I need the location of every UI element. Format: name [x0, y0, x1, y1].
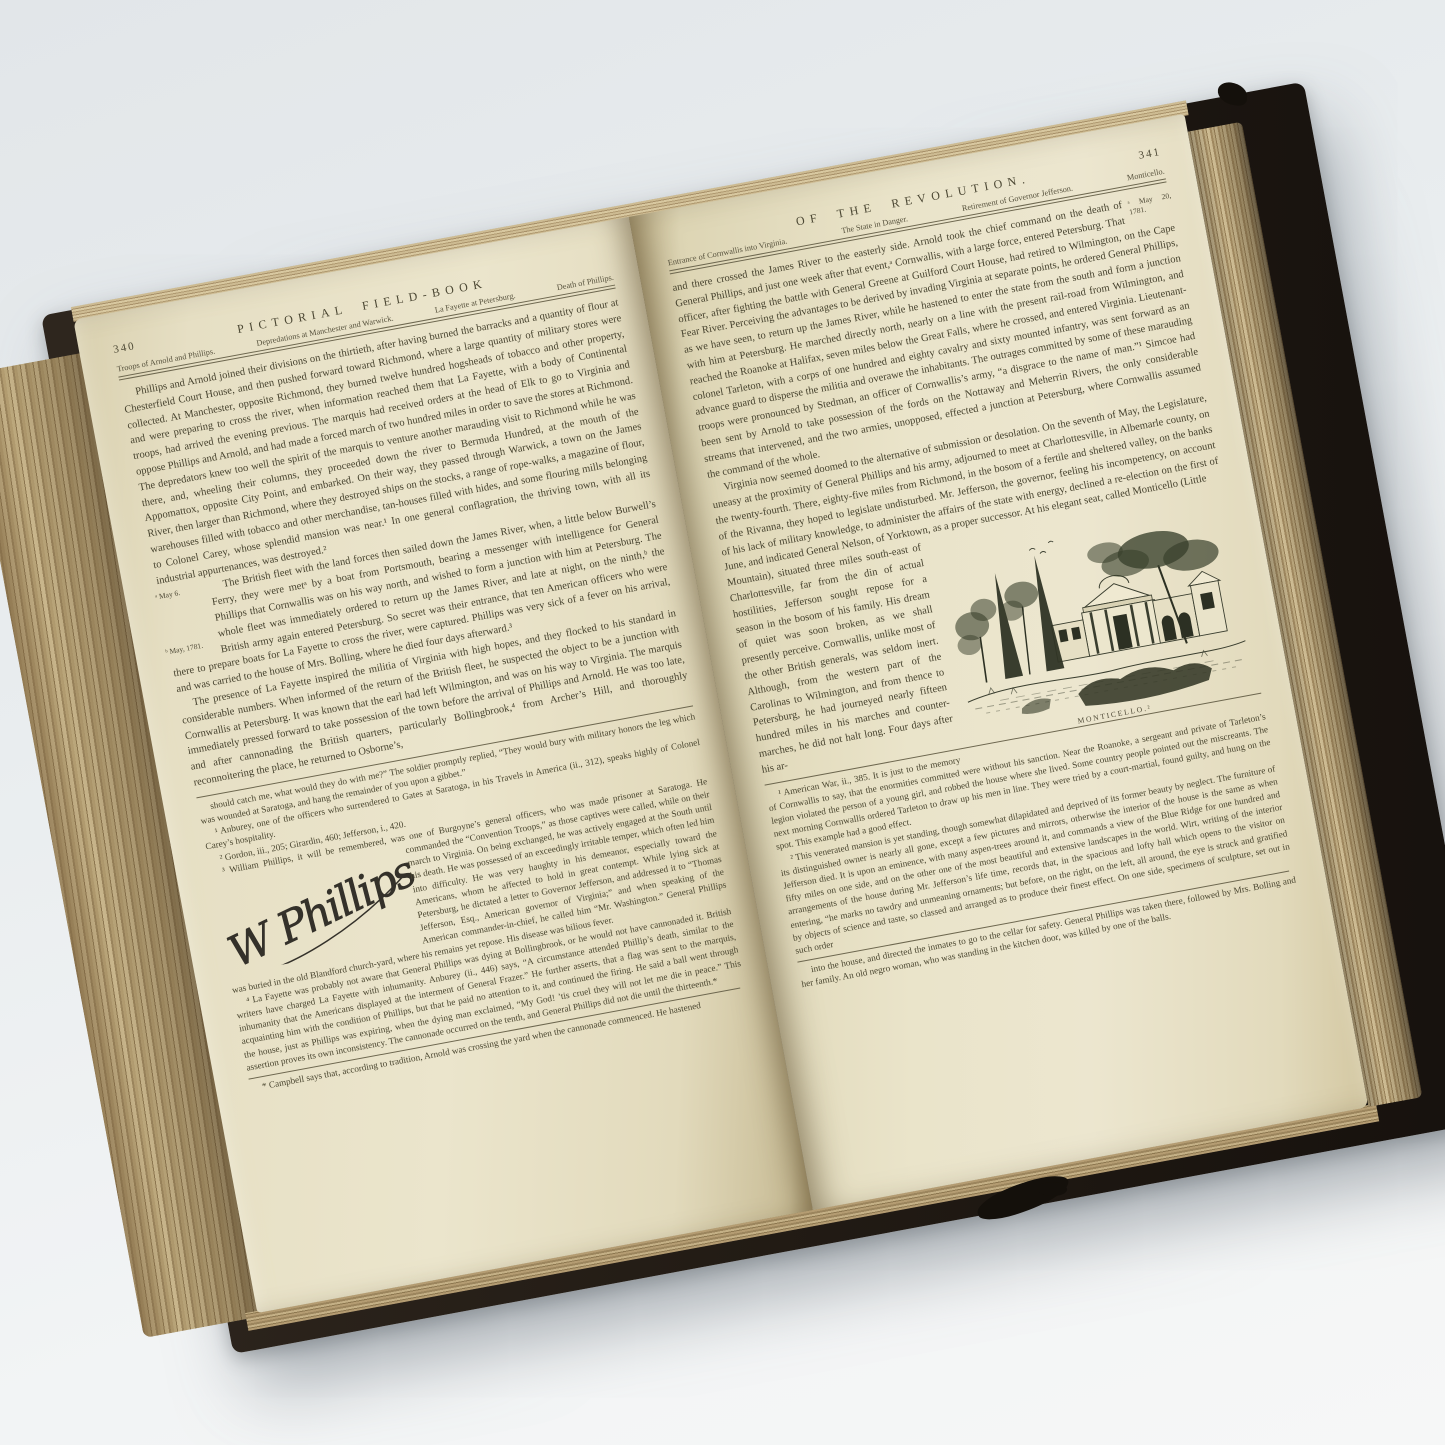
- margin-notes: ᵃ May 6.ᵇ May, 1781.: [155, 585, 216, 657]
- margin-date-note: ᵃ May 20, 1781.: [1127, 192, 1173, 217]
- body-text: and there crossed the James River to the…: [671, 189, 1260, 778]
- page-number: 341: [1138, 146, 1162, 162]
- page-number: 340: [112, 340, 136, 356]
- body-text: Phillips and Arnold joined their divisio…: [120, 295, 691, 791]
- open-book: 340 PICTORIAL FIELD-BOOK Troops of Arnol…: [0, 96, 1445, 1334]
- margin-date-note: ᵇ May, 1781.: [165, 639, 216, 656]
- page-spread: 340 PICTORIAL FIELD-BOOK Troops of Arnol…: [73, 114, 1368, 1313]
- photo-background: 340 PICTORIAL FIELD-BOOK Troops of Arnol…: [0, 0, 1445, 1445]
- paragraph-text: Mountain), situated three miles south-ea…: [726, 542, 953, 775]
- frayed-cloth: [1037, 1182, 1067, 1197]
